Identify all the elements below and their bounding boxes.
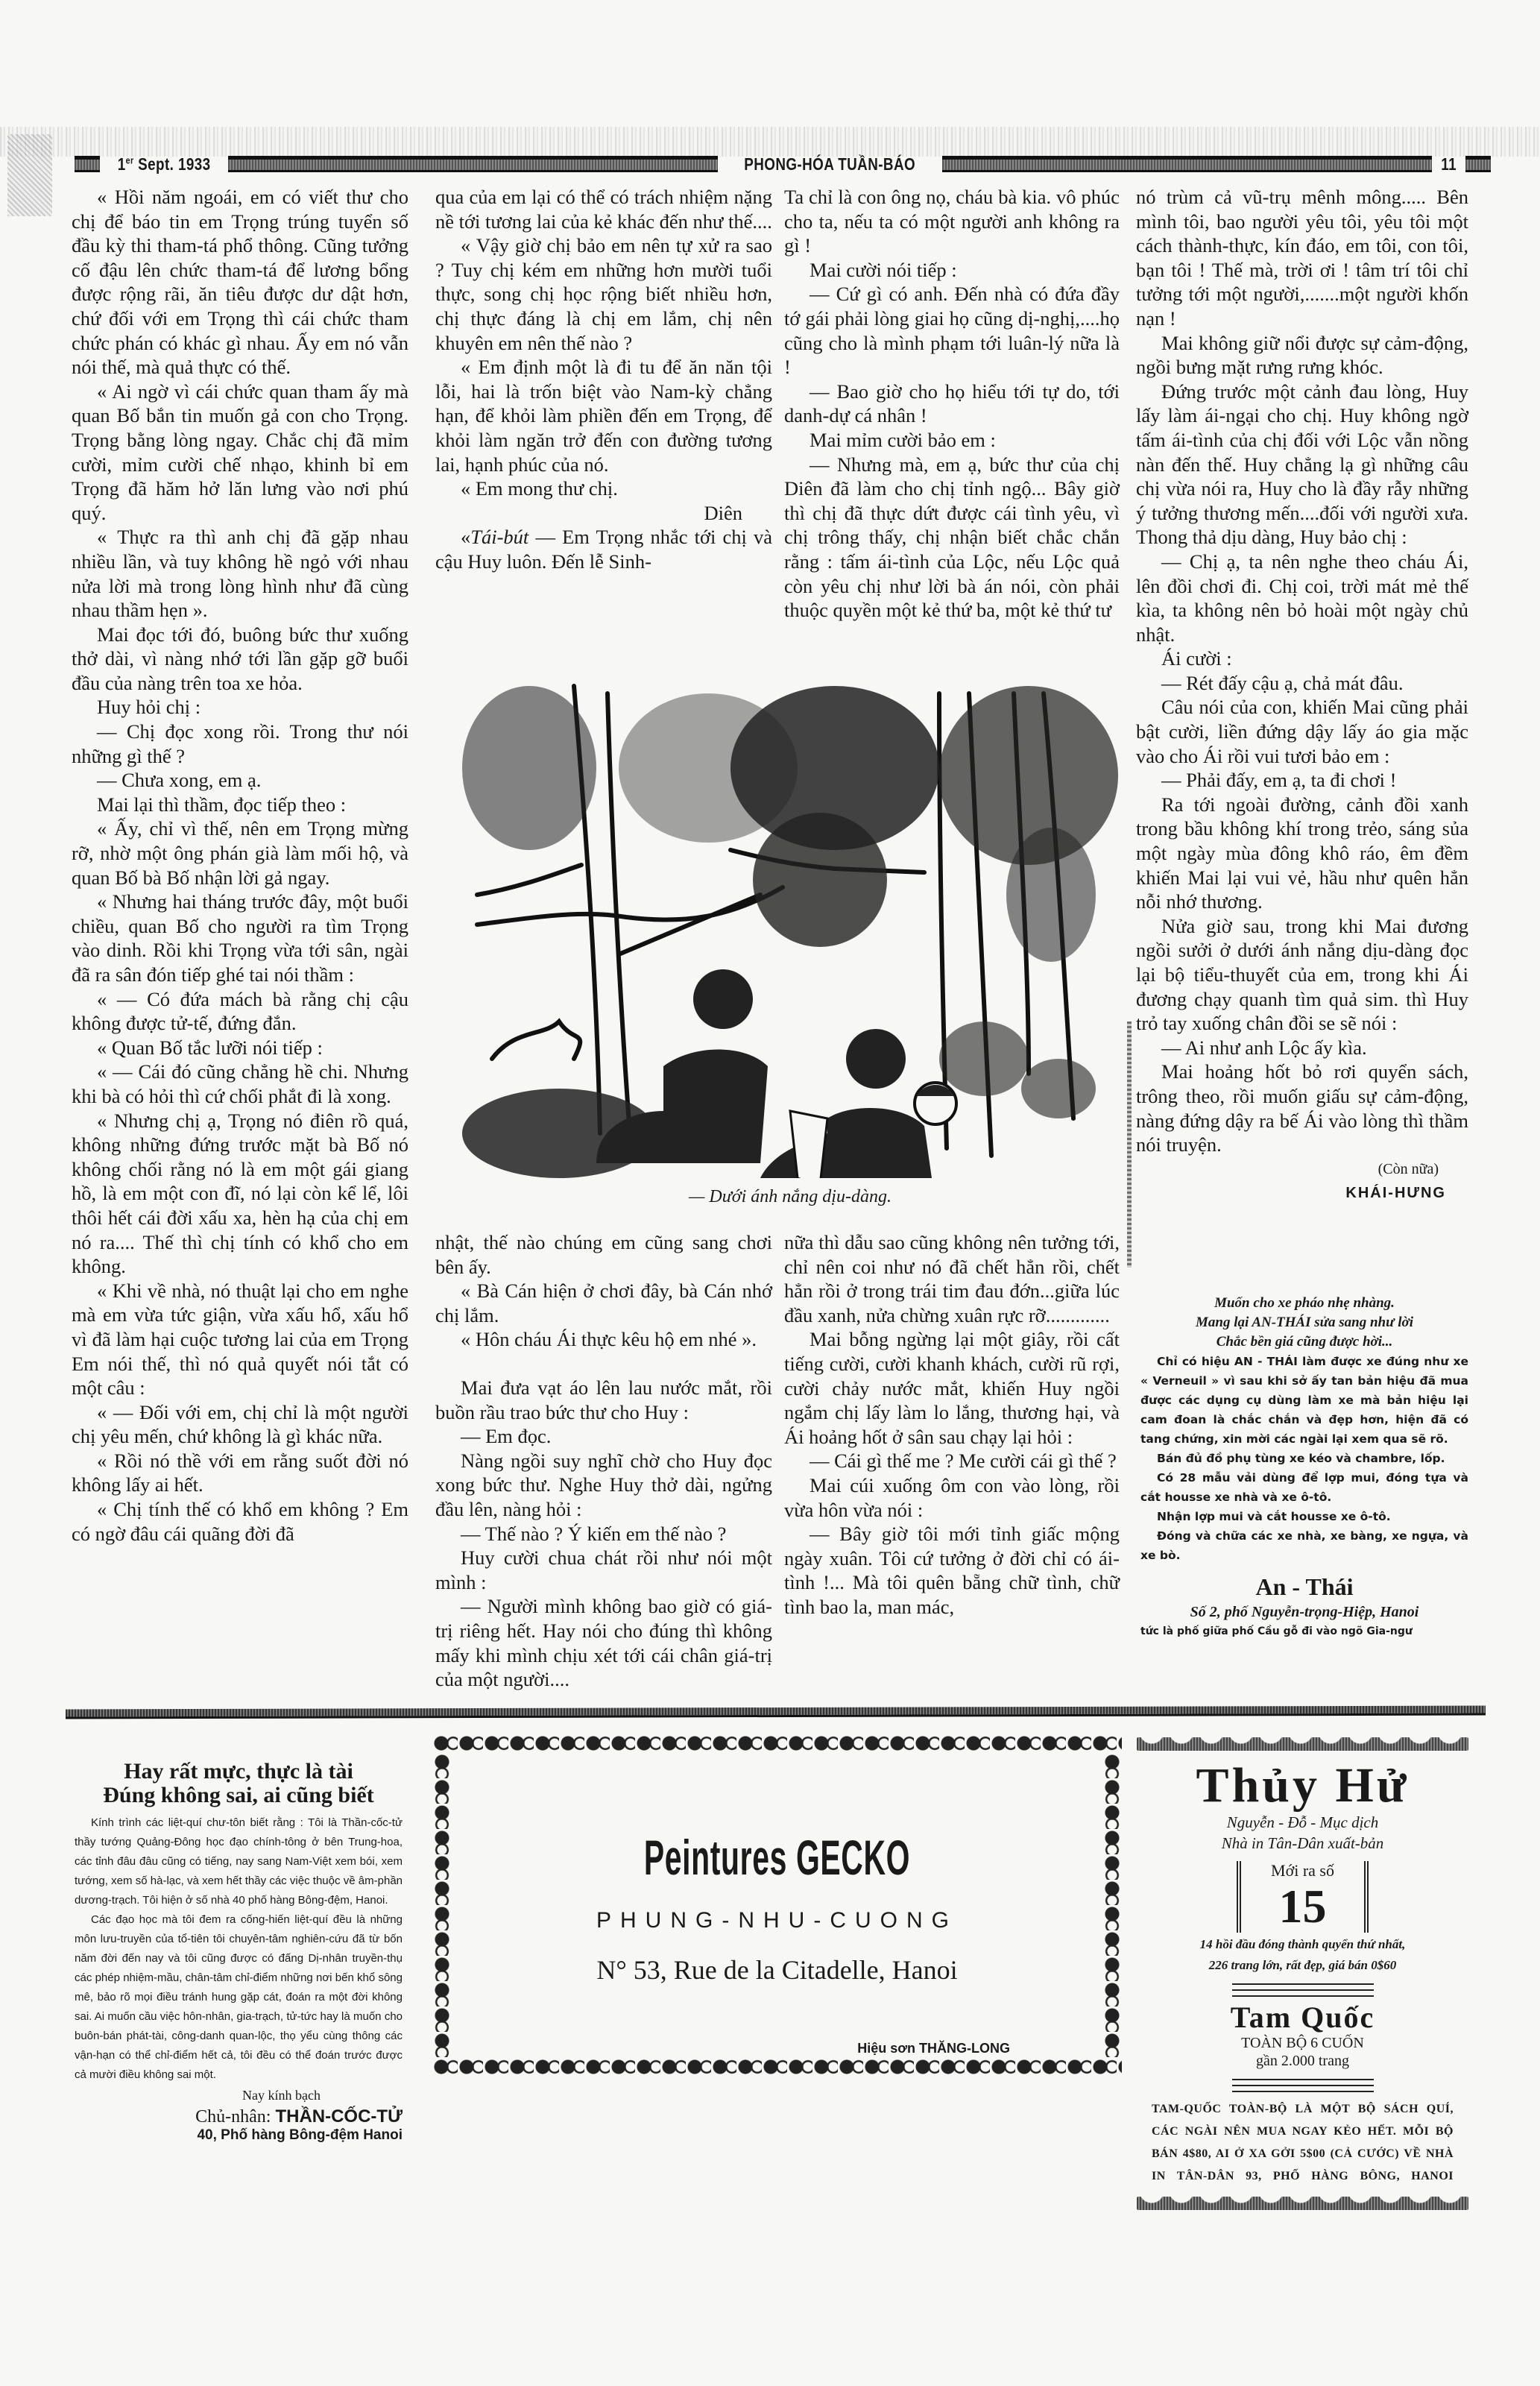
issue-label: Mới ra số [1271,1861,1334,1880]
paragraph: « Quan Bố tắc lưỡi nói tiếp : [72,1036,408,1060]
paragraph: « Rồi nó thề với em rằng suốt đời nó khô… [72,1449,408,1497]
illustration-picnic-under-trees [447,671,1118,1178]
story-column-4: nó trùm cả vũ-trụ mênh mông..... Bên mìn… [1136,185,1468,1206]
ad-signature: Hiệu sơn THĂNG-LONG [857,2041,1010,2056]
paragraph: Mai không giữ nổi được sự cảm-động, ngồi… [1136,331,1468,380]
book-description: TAM-QUỐC TOÀN-BỘ LÀ MỘT BỘ SÁCH QUÍ, CÁC… [1137,2098,1468,2188]
ornamental-border [432,2057,1122,2077]
paragraph: Mai hoảng hốt bỏ rơi quyển sách, trông t… [1136,1060,1468,1156]
paragraph: nó trùm cả vũ-trụ mênh mông..... Bên mìn… [1136,185,1468,331]
page-header: 1er Sept. 1933 PHONG-HÓA TUẦN-BÁO 11 [75,153,1491,175]
book-description: 226 trang lớn, rất đẹp, giá bán 0$60 [1137,1957,1468,1974]
paragraph: Mai đọc tới đó, buông bức thư xuống thở … [72,623,408,696]
ad-owner: Chủ-nhân: THẦN-CỐC-TỬ [75,2106,403,2127]
paragraph: — Em đọc. [435,1424,772,1449]
paragraph: « — Có đứa mách bà rằng chị cậu không đư… [72,987,408,1036]
paragraph: « Em định một là đi tu để ăn năn tội lỗi… [435,355,772,476]
owner-name: THẦN-CỐC-TỬ [275,2106,403,2127]
issue-box: Mới ra số 15 [1237,1861,1369,1933]
page-number: 11 [1441,154,1457,174]
gecko-paint-advertisement: Peintures GECKO PHUNG-NHU-CUONG N° 53, R… [432,1734,1122,2077]
publication-title: PHONG-HÓA TUẦN-BÁO [745,154,916,174]
triple-rule [1232,2079,1374,2092]
section-divider [66,1706,1486,1719]
paragraph: — Thế nào ? Ý kiến em thế nào ? [435,1522,772,1546]
paragraph: — Cái gì thế me ? Me cười cái gì thế ? [784,1449,1120,1473]
paragraph: — Bây giờ tôi mới tỉnh giấc mộng ngày xu… [784,1522,1120,1619]
ad-address: 40, Phố hàng Bông-đệm Hanoi [75,2127,403,2144]
header-rule [1465,156,1491,172]
paragraph: « — Cái đó cũng chẳng hề chi. Nhưng khi … [72,1060,408,1108]
book-translator: Nguyễn - Đỗ - Mục dịch [1137,1812,1468,1833]
book-publisher: Nhà in Tân-Dân xuất-bản [1137,1833,1468,1854]
ad-headline: Hay rất mực, thực là tài [75,1760,403,1784]
illustration-caption: — Dưới ánh nắng dịu-dàng. [432,1187,1148,1207]
paragraph: — Rét đấy cậu ạ, chả mát đâu. [1136,671,1468,696]
paragraph: Mai cười nói tiếp : [784,258,1120,283]
book-description: 14 hồi đầu đóng thành quyển thứ nhất, [1137,1936,1468,1954]
paragraph: Câu nói của con, khiến Mai cũng phải bật… [1136,695,1468,768]
paragraph: « Nhưng hai tháng trước đây, một buổi ch… [72,890,408,986]
ad-closing: Nay kính bạch [75,2088,403,2103]
ad-address: Số 2, phố Nguyễn-trọng-Hiệp, Hanoi [1140,1602,1468,1622]
header-rule [942,156,1432,172]
paragraph: — Phải đấy, em ạ, ta đi chơi ! [1136,768,1468,793]
book-title-thuy-hu: Thủy Hử [1137,1760,1468,1812]
ornamental-border [432,1753,452,2057]
wave-border [1137,2197,1468,2210]
ad-paragraph: Chỉ có hiệu AN - THÁI làm được xe đúng n… [1140,1352,1468,1449]
paragraph: « Em mong thư chị. [435,476,772,501]
paragraph: nữa thì dẫu sao cũng không nên tưởng tới… [784,1230,1120,1327]
paragraph: « Ấy, chỉ vì thế, nên em Trọng mừng rỡ, … [72,816,408,890]
paragraph: Mai lại thì thầm, đọc tiếp theo : [72,793,408,817]
ad-title: Peintures GECKO [564,1829,991,1886]
paragraph: Ái cười : [1136,646,1468,671]
paragraph: — Ai như anh Lộc ấy kìa. [1136,1036,1468,1060]
paragraph: Đứng trước một cảnh đau lòng, Huy lấy là… [1136,380,1468,550]
paragraph: — Cứ gì có anh. Đến nhà có đứa đầy tớ gá… [784,282,1120,379]
letter-signature: Diên [435,501,772,526]
triple-rule [1232,1983,1374,1997]
story-column-3-lower: nữa thì dẫu sao cũng không nên tưởng tới… [784,1230,1120,1619]
issue-number: 15 [1271,1880,1334,1933]
issue-date: 1er Sept. 1933 [118,154,211,174]
paragraph: Ta chỉ là con ông nọ, cháu bà kia. vô ph… [784,185,1120,258]
paragraph: Huy hỏi chị : [72,695,408,720]
ad-verse-line: Mang lại AN-THÁI sửa sang như lời [1140,1313,1468,1332]
paragraph: « Hôn cháu Ái thực kêu hộ em nhé ». [435,1327,772,1352]
postscript-label: Tái-bút [470,526,528,548]
wave-border [1137,1737,1468,1751]
an-thai-advertisement: Muốn cho xe pháo nhẹ nhàng. Mang lại AN-… [1140,1294,1468,1641]
paragraph: — Bao giờ cho họ hiểu tới tự do, tới dan… [784,380,1120,428]
ad-brand: An - Thái [1140,1577,1468,1596]
header-rule [75,156,100,172]
scan-noise-top [0,127,1540,157]
ad-paragraph: Bán đủ đồ phụ tùng xe kéo và chambre, lố… [1140,1449,1468,1468]
ad-verse-line: Muốn cho xe pháo nhẹ nhàng. [1140,1294,1468,1313]
paragraph: Mai bỗng ngừng lại một giây, rồi cất tiế… [784,1327,1120,1449]
postscript: «Tái-bút — Em Trọng nhắc tới chị và cậu … [435,525,772,573]
paragraph: « Bà Cán hiện ở chơi đây, bà Cán nhớ chị… [435,1279,772,1327]
ad-owner: PHUNG-NHU-CUONG [432,1908,1122,1933]
paragraph: Mai cúi xuống ôm con vào lòng, rồi vừa h… [784,1473,1120,1522]
paragraph: — Nhưng mà, em ạ, bức thư của chị Diên đ… [784,453,1120,623]
paragraph: — Chị đọc xong rồi. Trong thư nói những … [72,720,408,768]
paragraph: Mai mỉm cười bảo em : [784,428,1120,453]
books-advertisement: Thủy Hử Nguyễn - Đỗ - Mục dịch Nhà in Tâ… [1137,1737,1468,2210]
paragraph: — Người mình không bao giờ có giá-trị ri… [435,1594,772,1691]
ad-address-note: tức là phố giữa phố Cầu gỗ đi vào ngõ Gi… [1140,1622,1468,1641]
book-subtitle: TOÀN BỘ 6 CUỐN [1137,2034,1468,2052]
ad-address: N° 53, Rue de la Citadelle, Hanoi [432,1954,1122,1986]
paragraph: « — Đối với em, chị chỉ là một người chị… [72,1400,408,1449]
ad-paragraph: Có 28 mẫu vải dùng để lợp mui, đóng tựa … [1140,1468,1468,1507]
paragraph: — Chị ạ, ta nên nghe theo cháu Ái, lên đ… [1136,550,1468,646]
author-name: KHÁI-HƯNG [1136,1181,1468,1206]
paragraph: « Khi về nhà, nó thuật lại cho em nghe m… [72,1279,408,1400]
story-column-2: qua của em lại có thể có trách nhiệm nặn… [435,185,772,574]
story-column-1: « Hồi năm ngoái, em có viết thư cho chị … [72,185,408,1546]
ad-headline: Đúng không sai, ai cũng biết [75,1784,403,1807]
paragraph: qua của em lại có thể có trách nhiệm nặn… [435,185,772,233]
header-rule [228,156,718,172]
ornamental-border [1102,1753,1122,2057]
ad-paragraph: Đóng và chữa các xe nhà, xe bàng, xe ngự… [1140,1526,1468,1565]
paragraph: « Thực ra thì anh chị đã gặp nhau nhiều … [72,525,408,622]
ad-paragraph: Kính trình các liệt-quí chư-tôn biết rằn… [75,1813,403,1910]
ad-paragraph: Các đạo học mà tôi đem ra cống-hiến liệt… [75,1910,403,2085]
paragraph: « Vậy giờ chị bảo em nên tự xử ra sao ? … [435,233,772,355]
ad-paragraph: Nhận lợp mui và cắt housse xe ô-tô. [1140,1507,1468,1526]
ad-verse-line: Chắc bền giá cũng được hời... [1140,1332,1468,1352]
paragraph: Ra tới ngoài đường, cảnh đồi xanh trong … [1136,793,1468,914]
paragraph: Nửa giờ sau, trong khi Mai đương ngồi sư… [1136,914,1468,1036]
to-be-continued: (Còn nữa) [1136,1157,1468,1182]
paragraph: nhật, thế nào chúng em cũng sang chơi bê… [435,1230,772,1279]
fortune-teller-advertisement: Hay rất mực, thực là tài Đúng không sai,… [75,1760,403,2144]
story-column-2-lower: nhật, thế nào chúng em cũng sang chơi bê… [435,1230,772,1692]
scan-noise-left [7,134,52,216]
paragraph: Huy cười chua chát rồi như nói một mình … [435,1546,772,1594]
paragraph: Nàng ngồi suy nghĩ chờ cho Huy đọc xong … [435,1449,772,1522]
owner-label: Chủ-nhân: [195,2107,271,2127]
book-title-tam-quoc: Tam Quốc [1137,2001,1468,2034]
column-rule [1127,1022,1132,1268]
story-column-3: Ta chỉ là con ông nọ, cháu bà kia. vô ph… [784,185,1120,623]
paragraph: « Nhưng chị ạ, Trọng nó điên rồ quá, khô… [72,1109,408,1279]
paragraph: « Ai ngờ vì cái chức quan tham ấy mà qua… [72,380,408,526]
book-subtitle: gần 2.000 trang [1137,2052,1468,2070]
paragraph: — Chưa xong, em ạ. [72,768,408,793]
ornamental-border [432,1734,1122,1753]
paragraph: « Chị tính thế có khổ em không ? Em có n… [72,1497,408,1546]
paragraph: « Hồi năm ngoái, em có viết thư cho chị … [72,185,408,380]
paragraph: Mai đưa vạt áo lên lau nước mắt, rồi buồ… [435,1376,772,1424]
